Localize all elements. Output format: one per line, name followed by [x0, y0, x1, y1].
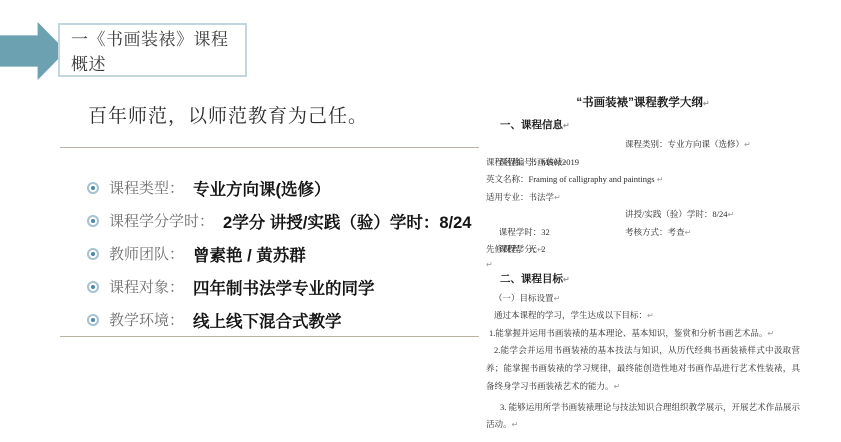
paragraph-mark: ↵: [563, 275, 570, 284]
doc-info-row: 课程学时：32 讲授/实践（验）学时：8/24↵: [486, 206, 800, 224]
list-item: 课程类型： 专业方向课(选修）: [87, 176, 471, 199]
paragraph-mark: ↵: [647, 311, 654, 320]
paragraph-mark: ↵: [512, 420, 519, 429]
bullet-label: 课程学分学时：: [109, 210, 214, 231]
doc-info-row: 课程名称：书画装裱↵: [486, 154, 800, 172]
doc-info-row: 英文名称：Framing of calligraphy and painting…: [486, 171, 800, 189]
doc-goal-2: 2.能学会并运用书画装裱的基本技法与知识，从历代经典书画装裱样式中汲取营养；能掌…: [486, 342, 800, 395]
bullet-value: 2学分 讲授/实践（验）学时：8/24: [223, 209, 471, 233]
radio-bullet-icon: [87, 182, 99, 194]
bullet-label: 课程类型：: [109, 177, 184, 198]
radio-bullet-icon: [87, 314, 99, 326]
bullet-value: 线上线下混合式教学: [193, 308, 342, 332]
radio-bullet-icon: [87, 215, 99, 227]
doc-goals-subheading: （一）目标设置↵: [486, 290, 800, 308]
doc-section-info: 一、课程信息↵: [486, 115, 800, 136]
course-bullet-list: 课程类型： 专业方向课(选修） 课程学分学时： 2学分 讲授/实践（验）学时：8…: [87, 176, 471, 331]
bullet-value: 曾素艳 / 黄苏群: [193, 242, 306, 266]
syllabus-document-preview: “书画装裱”课程教学大纲↵ 一、课程信息↵ 课程编号：MS012019 课程类别…: [486, 94, 800, 434]
paragraph-mark: ↵: [563, 121, 570, 130]
paragraph-mark: ↵: [537, 245, 544, 254]
radio-bullet-icon: [87, 281, 99, 293]
bullet-label: 教师团队：: [109, 243, 184, 264]
list-item: 教师团队： 曾素艳 / 黄苏群: [87, 242, 471, 265]
paragraph-mark: ↵: [685, 228, 692, 237]
doc-blank-line: ↵: [486, 259, 800, 269]
doc-goal-3: 3. 能够运用所学书画装裱理论与技法知识合理组织教学展示，开展艺术作品展示活动。…: [486, 399, 800, 435]
paragraph-mark: ↵: [657, 175, 664, 184]
list-item: 课程对象： 四年制书法学专业的同学: [87, 275, 471, 298]
bullet-label: 教学环境：: [109, 309, 184, 330]
bullet-value: 专业方向课(选修）: [193, 176, 331, 200]
doc-goals-intro: 通过本课程的学习，学生达成以下目标：↵: [486, 307, 800, 325]
doc-section-goals: 二、课程目标↵: [486, 269, 800, 290]
paragraph-mark: ↵: [703, 99, 710, 108]
slide-canvas: 一《书画装裱》课程概述 百年师范，以师范教育为己任。 课程类型： 专业方向课(选…: [0, 0, 841, 442]
intro-text: 百年师范，以师范教育为己任。: [88, 101, 368, 128]
arrow-icon: [0, 22, 66, 80]
doc-goal-1: 1.能掌握并运用书画装裱的基本理论、基本知识，鉴赏和分析书画艺术品。↵: [486, 325, 800, 343]
doc-info-row: 课程编号：MS012019 课程类别：专业方向课（选修）↵: [486, 136, 800, 154]
paragraph-mark: ↵: [554, 294, 561, 303]
paragraph-mark: ↵: [767, 329, 774, 338]
divider-top: [60, 147, 479, 148]
slide-title-box: 一《书画装裱》课程概述: [58, 23, 247, 77]
paragraph-mark: ↵: [744, 140, 751, 149]
paragraph-mark: ↵: [554, 193, 561, 202]
list-item: 课程学分学时： 2学分 讲授/实践（验）学时：8/24: [87, 209, 471, 232]
doc-info-row: 适用专业：书法学↵: [486, 189, 800, 207]
list-item: 教学环境： 线上线下混合式教学: [87, 308, 471, 331]
doc-info-row: 先修课程：无↵: [486, 241, 800, 259]
paragraph-mark: ↵: [614, 382, 621, 391]
paragraph-mark: ↵: [563, 158, 570, 167]
radio-bullet-icon: [87, 248, 99, 260]
bullet-value: 四年制书法学专业的同学: [193, 275, 375, 299]
divider-bottom: [60, 336, 479, 337]
paragraph-mark: ↵: [727, 210, 734, 219]
doc-title: “书画装裱”课程教学大纲↵: [486, 94, 800, 110]
slide-title: 一《书画装裱》课程概述: [71, 25, 245, 75]
bullet-label: 课程对象：: [109, 276, 184, 297]
doc-info-row: 课程学分：2 考核方式：考查↵: [486, 224, 800, 242]
